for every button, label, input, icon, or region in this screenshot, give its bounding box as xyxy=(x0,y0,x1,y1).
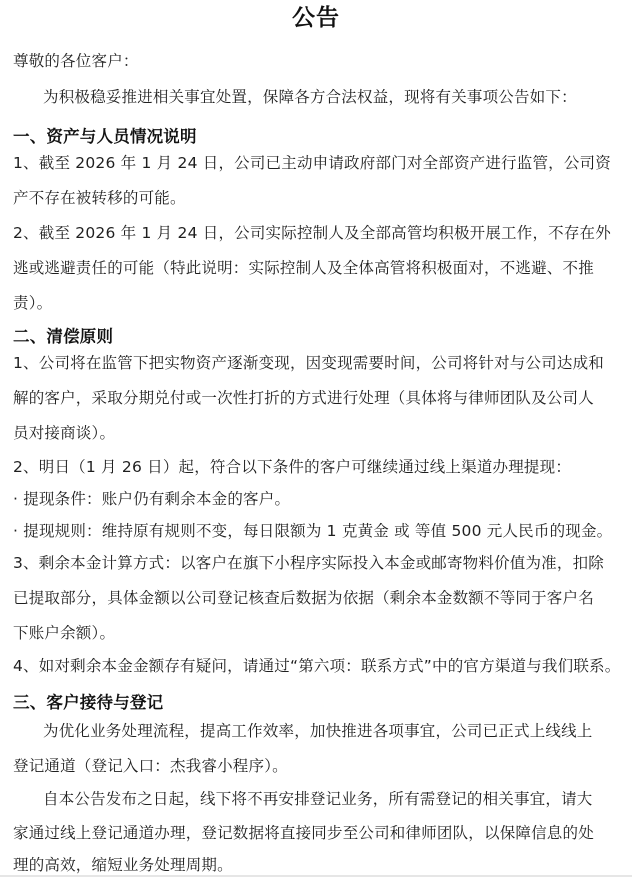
section-line: 1、截至 2026 年 1 月 24 日，公司已主动申请政府部门对全部资产进行监… xyxy=(13,152,619,174)
section-line: 登记通道（登记入口：杰我睿小程序）。 xyxy=(13,755,619,777)
section-line: 4、如对剩余本金金额存有疑问，请通过“第六项：联系方式”中的官方渠道与我们联系。 xyxy=(13,655,619,677)
section-line: 产不存在被转移的可能。 xyxy=(13,187,619,209)
section-heading-repayment-principles: 二、清偿原则 xyxy=(13,326,619,348)
announcement-document: 公告 尊敬的各位客户： 为积极稳妥推进相关事宜处置，保障各方合法权益，现将有关事… xyxy=(0,0,632,877)
section-line: 家通过线上登记通道办理，登记数据将直接同步至公司和律师团队，以保障信息的处 xyxy=(13,822,619,844)
section-line: 2、明日（1 月 26 日）起，符合以下条件的客户可继续通过线上渠道办理提现： xyxy=(13,456,619,478)
section-heading-reception-registration: 三、客户接待与登记 xyxy=(13,692,619,714)
section-heading-assets-personnel: 一、资产与人员情况说明 xyxy=(13,126,619,148)
section-line: 3、剩余本金计算方式：以客户在旗下小程序实际投入本金或邮寄物料价值为准，扣除 xyxy=(13,552,619,574)
section-line: 2、截至 2026 年 1 月 24 日，公司实际控制人及全部高管均积极开展工作… xyxy=(13,222,619,244)
section-line: 自本公告发布之日起，线下将不再安排登记业务，所有需登记的相关事宜，请大 xyxy=(43,788,632,810)
section-line: 责）。 xyxy=(13,292,619,314)
document-title: 公告 xyxy=(0,2,632,34)
section-line: 已提取部分，具体金额以公司登记核查后数据为依据（剩余本金数额不等同于客户名 xyxy=(13,587,619,609)
bullet-withdrawal-condition: · 提现条件：账户仍有剩余本金的客户。 xyxy=(13,488,619,510)
intro-paragraph: 为积极稳妥推进相关事宜处置，保障各方合法权益，现将有关事项公告如下： xyxy=(43,86,632,108)
section-line: 逃或逃避责任的可能（特此说明：实际控制人及全体高管将积极面对，不逃避、不推 xyxy=(13,257,619,279)
section-line: 解的客户，采取分期兑付或一次性打折的方式进行处理（具体将与律师团队及公司人 xyxy=(13,387,619,409)
greeting: 尊敬的各位客户： xyxy=(13,50,619,72)
section-line: 员对接商谈）。 xyxy=(13,422,619,444)
section-line: 下账户余额）。 xyxy=(13,622,619,644)
section-line: 1、公司将在监管下把实物资产逐渐变现，因变现需要时间，公司将针对与公司达成和 xyxy=(13,352,619,374)
section-line: 为优化业务处理流程，提高工作效率，加快推进各项事宜，公司已正式上线线上 xyxy=(43,720,632,742)
bullet-withdrawal-rule: · 提现规则：维持原有规则不变，每日限额为 1 克黄金 或 等值 500 元人民… xyxy=(13,520,619,542)
section-line: 理的高效，缩短业务处理周期。 xyxy=(13,854,619,876)
